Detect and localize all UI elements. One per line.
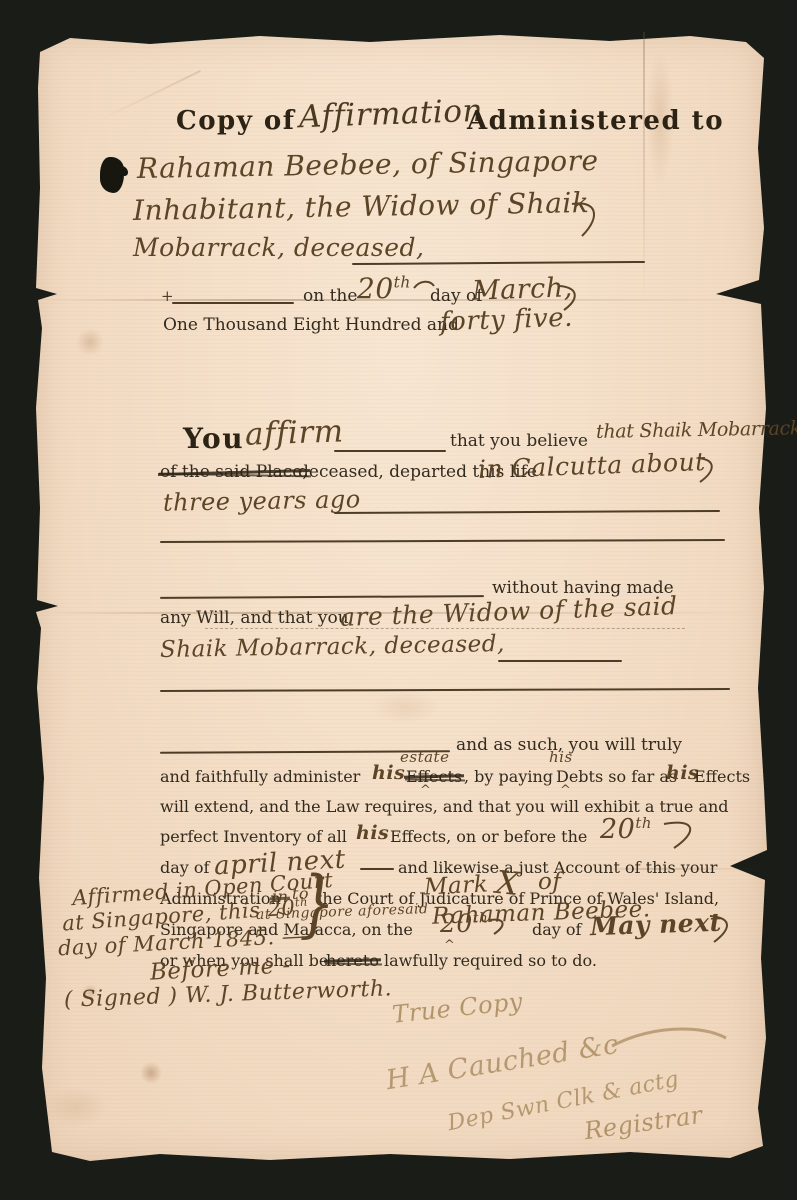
- pen-flourish-icon: [694, 452, 720, 484]
- written-year: forty five.: [440, 304, 574, 337]
- written-his: his: [356, 823, 389, 844]
- printed-inventory: perfect Inventory of all: [160, 828, 347, 846]
- heading-copy-of: Copy of: [176, 107, 295, 136]
- struck-of-the-said-place: of the said Place,: [160, 463, 308, 482]
- written-three-years-ago: three years ago: [163, 486, 361, 516]
- printed-effects: Effects: [694, 768, 750, 786]
- paper-stain: [370, 690, 440, 724]
- printed-that-you-believe: that you believe: [450, 432, 588, 451]
- strikethrough-text: Effects: [406, 768, 462, 786]
- heading-administered-to: Administered to: [467, 107, 724, 136]
- paper-stain: [140, 1062, 162, 1084]
- day-number: 20: [600, 814, 635, 845]
- erased-guide-line: [205, 628, 685, 629]
- pen-flourish-icon: [660, 816, 700, 850]
- ink-blot-tail: [118, 166, 128, 176]
- x-mark: X: [494, 865, 521, 902]
- ruled-blank-line: [172, 302, 294, 304]
- written-shaik-mobarrack: that Shaik Mobarrack,: [596, 418, 797, 443]
- mark-of-word: of: [538, 870, 561, 895]
- inserted-his: his: [549, 749, 573, 766]
- heading-affirmation-handwritten: Affirmation: [298, 94, 483, 134]
- printed-lawfully: lawfully required so to do.: [384, 952, 597, 970]
- pen-dash: [360, 868, 394, 870]
- day-ordinal: th: [394, 274, 411, 292]
- pen-flourish-icon: [610, 1022, 730, 1052]
- curly-brace: }: [299, 864, 335, 944]
- insertion-caret: ^: [420, 783, 431, 798]
- printed-will-extend: will extend, and the Law requires, and t…: [160, 798, 729, 816]
- printed-you: You: [183, 424, 244, 455]
- written-day-number: 20th: [357, 274, 411, 305]
- printed-year-line: One Thousand Eight Hundred and: [163, 316, 459, 335]
- ruled-blank-line: [334, 450, 446, 452]
- printed-debts: Debts so far as: [556, 768, 677, 786]
- mark-word: Mark: [423, 872, 488, 901]
- printed-any-will: any Will, and that you: [160, 609, 349, 628]
- strikethrough-text: of the said Place,: [160, 463, 308, 482]
- printed-day-of: day of: [160, 859, 209, 877]
- printed-on-the: on the: [303, 287, 357, 306]
- fold-crease-vertical: [643, 32, 645, 298]
- day-number: 20: [357, 272, 394, 305]
- paper-stain: [76, 328, 104, 356]
- struck-effects: Effects: [406, 768, 462, 786]
- scanned-document-page: Copy of Affirmation Administered to Raha…: [0, 0, 797, 1200]
- struck-hereto: hereto: [326, 952, 379, 970]
- printed-effects-before: Effects, on or before the: [390, 828, 587, 846]
- printed-administer: and faithfully administer: [160, 768, 360, 786]
- written-his: his: [372, 763, 405, 784]
- ruled-blank-line: [498, 660, 622, 662]
- addressee-line: Mobarrack, deceased,: [133, 234, 424, 262]
- paper-stain: [44, 1086, 108, 1128]
- written-day-number: 20th: [600, 815, 652, 845]
- inserted-estate: estate: [400, 749, 449, 766]
- printed-by-paying: , by paying: [464, 768, 553, 786]
- strikethrough-text: hereto: [326, 952, 379, 970]
- day-ordinal: th: [635, 814, 652, 832]
- pen-flourish-icon: [570, 198, 604, 238]
- pen-flourish-icon: [706, 910, 736, 944]
- written-affirm: affirm: [244, 414, 344, 452]
- insertion-caret: ^: [560, 783, 571, 798]
